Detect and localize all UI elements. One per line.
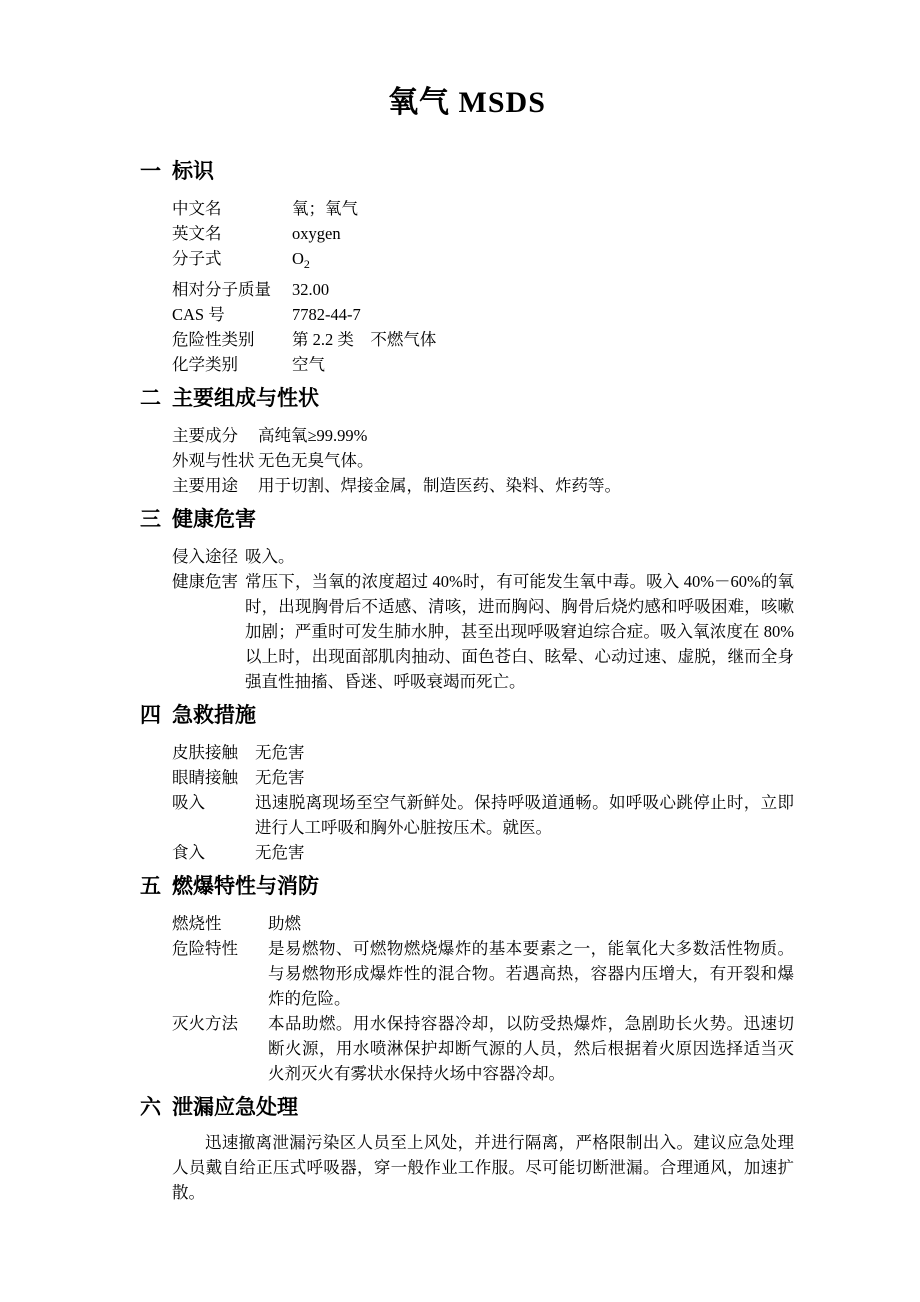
field-label: CAS 号: [172, 302, 292, 327]
section-title: 燃爆特性与消防: [172, 873, 319, 899]
field-value: 氧；氧气: [292, 196, 794, 221]
field-row-ingestion: 食入 无危害: [172, 840, 794, 865]
composition-rows: 主要成分 高纯氧≥99.99% 外观与性状 无色无臭气体。 主要用途 用于切割、…: [172, 423, 794, 498]
field-value: 无危害: [255, 740, 794, 765]
section-number: 三: [140, 506, 172, 532]
section-title: 健康危害: [172, 506, 256, 532]
section-heading-first-aid: 四 急救措施: [140, 702, 794, 728]
field-value: 是易燃物、可燃物燃烧爆炸的基本要素之一，能氧化大多数活性物质。与易燃物形成爆炸性…: [268, 936, 794, 1011]
section-number: 四: [140, 702, 172, 728]
field-label: 灭火方法: [172, 1011, 268, 1036]
field-row-english-name: 英文名 oxygen: [172, 221, 794, 246]
field-row-skin-contact: 皮肤接触 无危害: [172, 740, 794, 765]
field-label: 皮肤接触: [172, 740, 255, 765]
field-value: 迅速脱离现场至空气新鲜处。保持呼吸道通畅。如呼吸心跳停止时，立即进行人工呼吸和胸…: [255, 790, 794, 840]
first-aid-rows: 皮肤接触 无危害 眼睛接触 无危害 吸入 迅速脱离现场至空气新鲜处。保持呼吸道通…: [172, 740, 794, 865]
section-number: 一: [140, 158, 172, 184]
document-title: 氧气 MSDS: [140, 84, 794, 122]
field-label: 外观与性状: [172, 448, 258, 473]
field-row-flammability: 燃烧性 助燃: [172, 911, 794, 936]
field-value: 无色无臭气体。: [258, 448, 794, 473]
field-value: 第 2.2 类 不燃气体: [292, 327, 794, 352]
field-value: 用于切割、焊接金属，制造医药、染料、炸药等。: [258, 473, 794, 498]
section-title: 主要组成与性状: [172, 385, 319, 411]
field-label: 英文名: [172, 221, 292, 246]
field-row-main-component: 主要成分 高纯氧≥99.99%: [172, 423, 794, 448]
document-page: 氧气 MSDS 一 标识 中文名 氧；氧气 英文名 oxygen 分子式 O2 …: [0, 0, 920, 1302]
field-label: 侵入途径: [172, 544, 245, 569]
section-heading-identification: 一 标识: [140, 158, 794, 184]
field-row-chemical-class: 化学类别 空气: [172, 352, 794, 377]
field-label: 燃烧性: [172, 911, 268, 936]
fire-explosion-rows: 燃烧性 助燃 危险特性 是易燃物、可燃物燃烧爆炸的基本要素之一，能氧化大多数活性…: [172, 911, 794, 1086]
leak-response-paragraph: 迅速撤离泄漏污染区人员至上风处，并进行隔离，严格限制出入。建议应急处理人员戴自给…: [172, 1130, 794, 1205]
field-label: 主要用途: [172, 473, 258, 498]
field-label: 危险性类别: [172, 327, 292, 352]
field-label: 危险特性: [172, 936, 268, 961]
field-row-main-use: 主要用途 用于切割、焊接金属，制造医药、染料、炸药等。: [172, 473, 794, 498]
section-heading-leak-response: 六 泄漏应急处理: [140, 1094, 794, 1120]
formula-subscript: 2: [304, 257, 310, 271]
field-value: oxygen: [292, 221, 794, 246]
field-label: 中文名: [172, 196, 292, 221]
section-title: 急救措施: [172, 702, 256, 728]
field-row-hazard-class: 危险性类别 第 2.2 类 不燃气体: [172, 327, 794, 352]
section-heading-composition: 二 主要组成与性状: [140, 385, 794, 411]
field-row-health-hazard: 健康危害 常压下，当氧的浓度超过 40%时，有可能发生氧中毒。吸入 40%－60…: [172, 569, 794, 694]
field-label: 眼睛接触: [172, 765, 255, 790]
section-title: 标识: [172, 158, 214, 184]
field-value: 高纯氧≥99.99%: [258, 423, 794, 448]
field-value: O2: [292, 246, 794, 277]
section-number: 二: [140, 385, 172, 411]
field-row-exposure-route: 侵入途径 吸入。: [172, 544, 794, 569]
field-label: 化学类别: [172, 352, 292, 377]
formula-base: O: [292, 249, 304, 268]
field-row-chinese-name: 中文名 氧；氧气: [172, 196, 794, 221]
field-label: 主要成分: [172, 423, 258, 448]
field-label: 吸入: [172, 790, 255, 815]
field-value: 常压下，当氧的浓度超过 40%时，有可能发生氧中毒。吸入 40%－60%的氧时，…: [245, 569, 794, 694]
field-row-molecular-weight: 相对分子质量 32.00: [172, 277, 794, 302]
section-number: 五: [140, 873, 172, 899]
field-row-extinguishing-method: 灭火方法 本品助燃。用水保持容器冷却，以防受热爆炸，急剧助长火势。迅速切断火源，…: [172, 1011, 794, 1086]
field-value: 7782-44-7: [292, 302, 794, 327]
field-row-molecular-formula: 分子式 O2: [172, 246, 794, 277]
field-row-eye-contact: 眼睛接触 无危害: [172, 765, 794, 790]
field-value: 无危害: [255, 840, 794, 865]
section-title: 泄漏应急处理: [172, 1094, 298, 1120]
field-row-hazard-characteristics: 危险特性 是易燃物、可燃物燃烧爆炸的基本要素之一，能氧化大多数活性物质。与易燃物…: [172, 936, 794, 1011]
field-value: 空气: [292, 352, 794, 377]
section-heading-fire-explosion: 五 燃爆特性与消防: [140, 873, 794, 899]
field-label: 健康危害: [172, 569, 245, 594]
field-value: 助燃: [268, 911, 794, 936]
field-label: 分子式: [172, 246, 292, 271]
field-value: 吸入。: [245, 544, 794, 569]
section-heading-health-hazard: 三 健康危害: [140, 506, 794, 532]
field-label: 相对分子质量: [172, 277, 292, 302]
section-number: 六: [140, 1094, 172, 1120]
field-row-cas-number: CAS 号 7782-44-7: [172, 302, 794, 327]
field-row-appearance: 外观与性状 无色无臭气体。: [172, 448, 794, 473]
field-value: 本品助燃。用水保持容器冷却，以防受热爆炸，急剧助长火势。迅速切断火源，用水喷淋保…: [268, 1011, 794, 1086]
field-value: 无危害: [255, 765, 794, 790]
field-row-inhalation: 吸入 迅速脱离现场至空气新鲜处。保持呼吸道通畅。如呼吸心跳停止时，立即进行人工呼…: [172, 790, 794, 840]
identification-rows: 中文名 氧；氧气 英文名 oxygen 分子式 O2 相对分子质量 32.00 …: [172, 196, 794, 377]
field-value: 32.00: [292, 277, 794, 302]
field-label: 食入: [172, 840, 255, 865]
health-hazard-rows: 侵入途径 吸入。 健康危害 常压下，当氧的浓度超过 40%时，有可能发生氧中毒。…: [172, 544, 794, 694]
